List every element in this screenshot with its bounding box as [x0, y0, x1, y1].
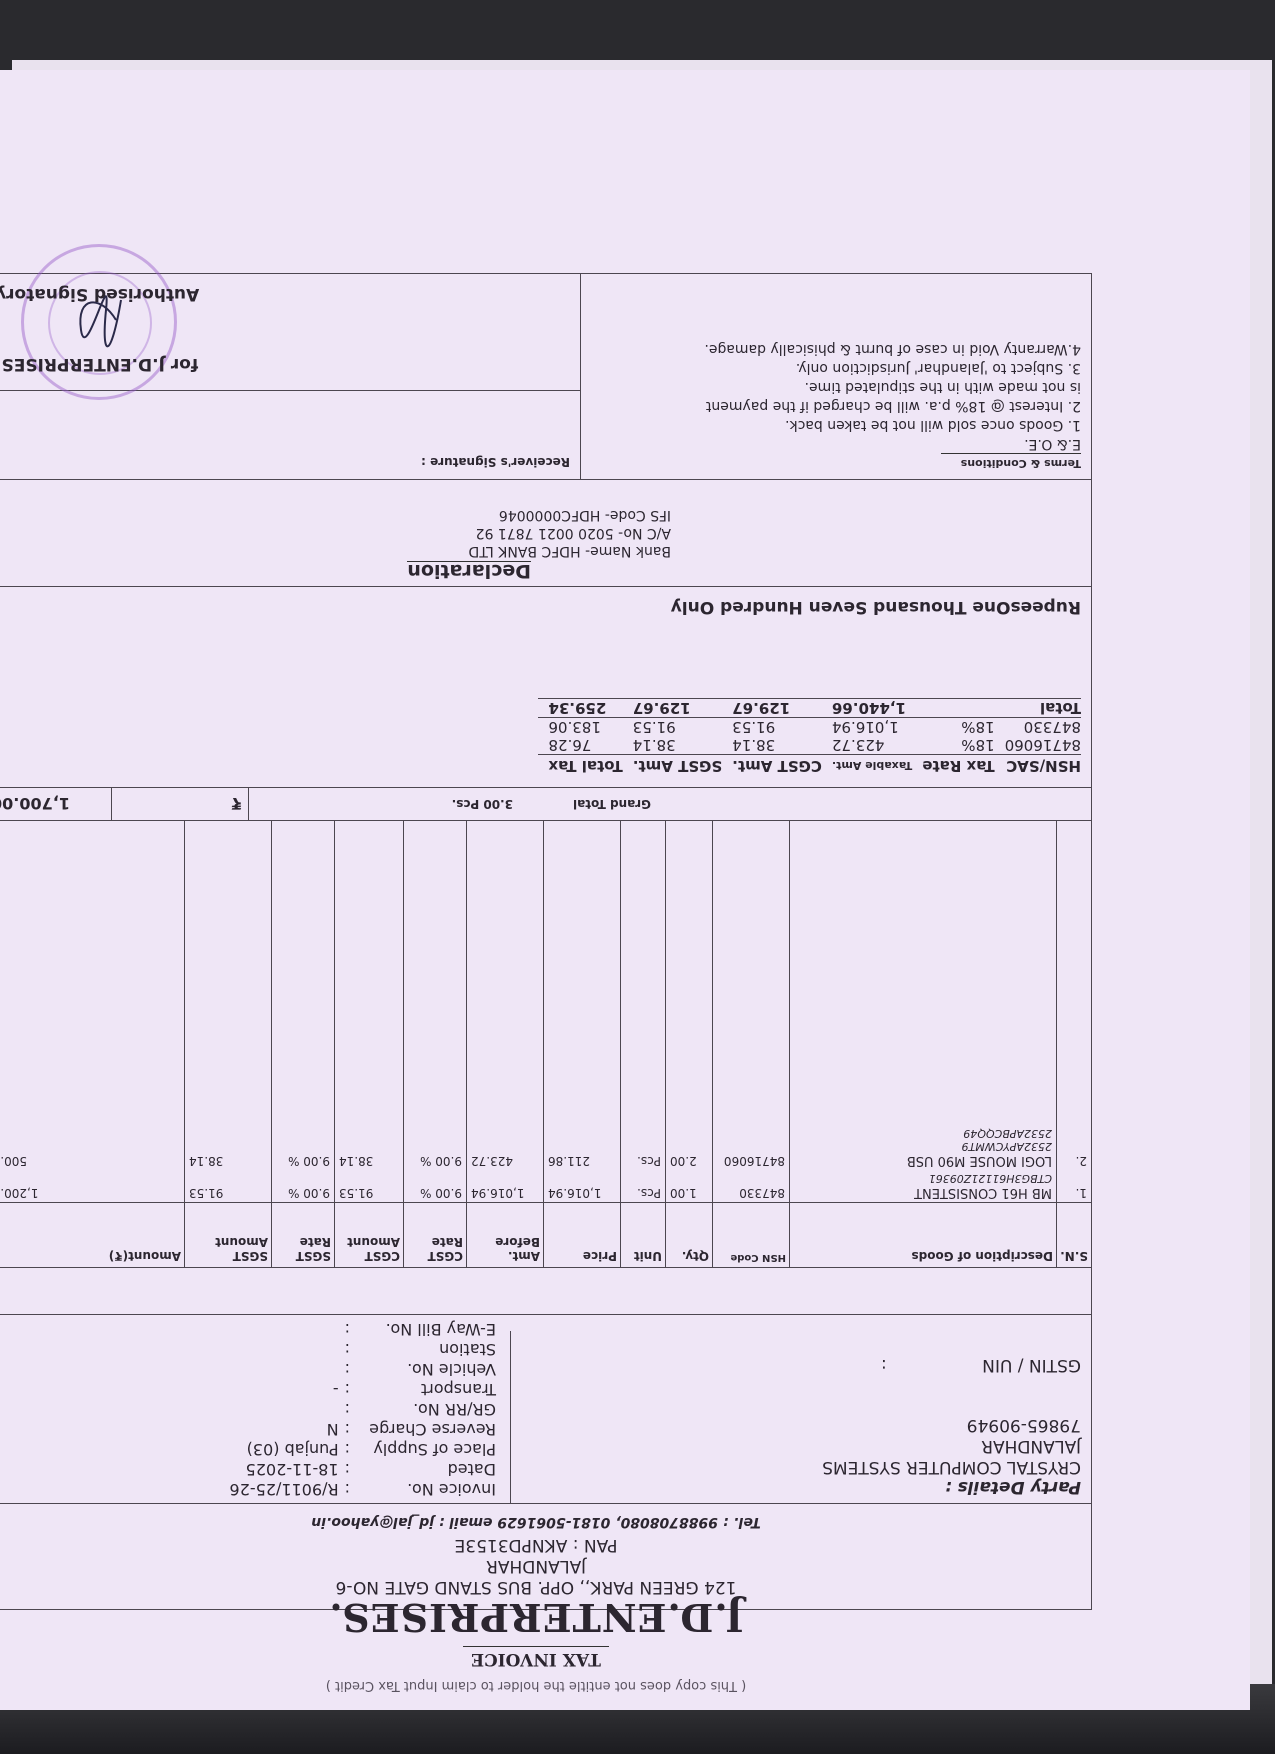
meta-row: Place of Supply : Punjab (03) [224, 1439, 497, 1459]
meta-row: Reverse Charge : N [224, 1419, 497, 1439]
party-meta-row: Party Details : CRYSTAL COMPUTER SYSTEMS… [0, 1315, 1091, 1504]
serial-number: CTBG3H61121Z09361 [794, 1172, 1052, 1185]
seller-contact: Tel. : 9988708080, 0181-5061629 email : … [0, 1504, 1091, 1534]
meta-sep: : [339, 1399, 350, 1419]
col-amount: Amount(₹) [0, 1203, 185, 1268]
cell-hsn: 84716060 [713, 1125, 790, 1170]
copy-note: ( This copy does not entitle the holder … [0, 1678, 1091, 1693]
tax-summary-total-row: Total 1,440.66 129.67 129.67 259.34 [538, 699, 1081, 718]
signature-block: Receiver's Signature : for J.D.ENTERPRIS… [0, 274, 580, 479]
col-amt-before: Amt. Before [467, 1203, 544, 1268]
tax-summary-row: 8471606018% 423.7238.14 38.1476.28 [538, 736, 1081, 755]
meta-value [224, 1399, 339, 1419]
col-sgst-amount: SGST Amount [185, 1203, 272, 1268]
receiver-signature: Receiver's Signature : [0, 390, 580, 479]
terms-line: E.& O.E. [591, 434, 1081, 453]
meta-sep: : [339, 1359, 350, 1379]
cell-qty: 1.00 [666, 1170, 713, 1203]
cell-cgst-rate: 9.00 % [404, 1125, 467, 1170]
seller-address-line1: 124 GREEN PARK,, OPP. BUS STAND GATE NO-… [0, 1576, 1091, 1597]
cell-unit: Pcs. [621, 1170, 666, 1203]
meta-sep: : [339, 1419, 350, 1439]
meta-sep: : [339, 1339, 350, 1359]
bank-name: Bank Name- HDFC BANK LTD [0, 542, 671, 560]
terms-conditions: Terms & Conditions E.& O.E.1. Goods once… [580, 274, 1091, 479]
party-city: JALANDHAR [521, 1435, 1081, 1456]
col-price: Price [544, 1203, 621, 1268]
cell-amount: 500.00 [0, 1125, 185, 1170]
seller-pan: PAN : AKNPD3153E [0, 1534, 1091, 1555]
party-gstin: GSTIN / UIN : [881, 1355, 1081, 1375]
cell-unit: Pcs. [621, 1125, 666, 1170]
meta-sep: : [339, 1319, 350, 1339]
cell-price: 1,016.94 [544, 1170, 621, 1203]
col-description: Description of Goods [790, 1203, 1057, 1268]
items-body: 1. MB H61 CONSISTENTCTBG3H61121Z09361 84… [0, 821, 1091, 1203]
authorised-signatory: Authorised Signatory [0, 284, 199, 304]
items-header-row: S.N. Description of Goods HSN Code Qty. … [0, 1203, 1091, 1268]
declaration-section: Declaration Bank Name- HDFC BANK LTD A/C… [0, 479, 1091, 586]
party-label: Party Details : [521, 1477, 1081, 1497]
meta-label: Station [350, 1339, 496, 1359]
invoice-meta: Invoice No. : R/9011/25-26Dated : 18-11-… [210, 1315, 511, 1503]
meta-label: Transport [350, 1379, 496, 1399]
meta-sep: : [339, 1439, 350, 1459]
terms-lines: E.& O.E.1. Goods once sold will not be t… [591, 339, 1081, 453]
terms-heading: Terms & Conditions [941, 453, 1081, 473]
items-table: S.N. Description of Goods HSN Code Qty. … [0, 821, 1091, 1268]
table-row: 1. MB H61 CONSISTENTCTBG3H61121Z09361 84… [0, 1170, 1091, 1203]
invoice-frame: ( This copy does not entitle the holder … [0, 273, 1092, 1610]
col-sn: S.N. [1057, 1203, 1092, 1268]
col-hsn: HSN Code [713, 1203, 790, 1268]
cell-qty: 2.00 [666, 1125, 713, 1170]
grand-total-label: Grand Total [573, 797, 651, 811]
meta-value [224, 1359, 339, 1379]
meta-label: Place of Supply [350, 1439, 496, 1459]
party-phone: 79865-90949 [521, 1414, 1081, 1435]
col-unit: Unit [621, 1203, 666, 1268]
spacer-row [0, 1268, 1091, 1315]
cell-hsn: 847330 [713, 1170, 790, 1203]
terms-line: 2. Interest @ 18% p.a. will be charged i… [591, 396, 1081, 415]
tax-summary-row: 84733018% 1,016.9491.53 91.53183.06 [538, 718, 1081, 737]
invoice-title: TAX INVOICE [0, 1649, 1091, 1669]
seller-address-line2: JALANDHAR [0, 1555, 1091, 1576]
meta-row: Transport : - [224, 1379, 497, 1399]
grand-total-amount: 1,700.00 [0, 788, 112, 820]
col-qty: Qty. [666, 1203, 713, 1268]
meta-label: GR/RR No. [350, 1399, 496, 1419]
footer-row: Terms & Conditions E.& O.E.1. Goods once… [0, 274, 1091, 479]
meta-row: Station : [224, 1339, 497, 1359]
meta-label: E-Way Bill No. [350, 1319, 496, 1339]
meta-value: - [224, 1379, 339, 1399]
party-details: Party Details : CRYSTAL COMPUTER SYSTEMS… [510, 1331, 1091, 1503]
table-row: 2. LOGI MOUSE M90 USB2532APYCWMT92532APB… [0, 1125, 1091, 1170]
seller-name: J.D.ENTERPRISES. [0, 1597, 1091, 1637]
cell-amt-before: 423.72 [467, 1125, 544, 1170]
terms-line: is not made with in the stipulated time. [591, 377, 1081, 396]
meta-sep: : [339, 1479, 350, 1499]
col-cgst-rate: CGST Rate [404, 1203, 467, 1268]
cell-description: LOGI MOUSE M90 USB2532APYCWMT92532APBCQQ… [790, 1125, 1057, 1170]
cell-sn: 1. [1057, 1170, 1092, 1203]
col-cgst-amount: CGST Amount [335, 1203, 404, 1268]
cell-amt-before: 1,016.94 [467, 1170, 544, 1203]
tax-summary-section: HSN/SAC Tax Rate Taxable Amt. CGST Amt. … [0, 586, 1091, 787]
grand-total-qty: 3.00 Pcs. [452, 797, 513, 811]
meta-value [224, 1339, 339, 1359]
grand-total-row: Grand Total 3.00 Pcs. ₹ 1,700.00 [0, 787, 1091, 821]
serial-number: 2532APBCQQ49 [794, 1127, 1052, 1140]
bank-ifsc: IFS Code- HDFC0000046 [0, 506, 671, 524]
for-company: for J.D.ENTERPRISES. [0, 354, 198, 374]
invoice-meta-table: Invoice No. : R/9011/25-26Dated : 18-11-… [224, 1319, 497, 1499]
rupee-icon: ₹ [112, 788, 249, 820]
cell-sgst-amount: 38.14 [185, 1125, 272, 1170]
cell-cgst-rate: 9.00 % [404, 1170, 467, 1203]
col-sgst-rate: SGST Rate [272, 1203, 335, 1268]
terms-line: 4.Warranty Void in case of burnt & phisi… [591, 339, 1081, 358]
table-filler-row [0, 821, 1091, 1125]
meta-label: Invoice No. [350, 1479, 496, 1499]
cell-cgst-amount: 91.53 [335, 1170, 404, 1203]
meta-value: 18-11-2025 [224, 1459, 339, 1479]
meta-value: N [224, 1419, 339, 1439]
meta-row: GR/RR No. : [224, 1399, 497, 1419]
cell-amount: 1,200.00 [0, 1170, 185, 1203]
seller-header: J.D.ENTERPRISES. 124 GREEN PARK,, OPP. B… [0, 1504, 1091, 1637]
meta-label: Dated [350, 1459, 496, 1479]
authorised-signature-area: for J.D.ENTERPRISES. Authorised Signator… [0, 274, 580, 390]
meta-sep: : [339, 1459, 350, 1479]
meta-value: R/9011/25-26 [224, 1479, 339, 1499]
amount-in-words: RupeesOne Thousand Seven Hundred Only [671, 597, 1081, 617]
terms-line: 3. Subject to 'Jalandhar' Jurisdiction o… [591, 358, 1081, 377]
cell-cgst-amount: 38.14 [335, 1125, 404, 1170]
cell-sgst-rate: 9.00 % [272, 1170, 335, 1203]
meta-row: Vehicle No. : [224, 1359, 497, 1379]
meta-label: Reverse Charge [350, 1419, 496, 1439]
cell-sn: 2. [1057, 1125, 1092, 1170]
meta-row: Dated : 18-11-2025 [224, 1459, 497, 1479]
meta-value [224, 1319, 339, 1339]
tax-summary-body: 8471606018% 423.7238.14 38.1476.28847330… [538, 699, 1081, 755]
terms-line: 1. Goods once sold will not be taken bac… [591, 415, 1081, 434]
tax-summary-header: HSN/SAC Tax Rate Taxable Amt. CGST Amt. … [538, 755, 1081, 778]
cell-sgst-rate: 9.00 % [272, 1125, 335, 1170]
invoice-sheet: ( This copy does not entitle the holder … [0, 70, 1250, 1710]
meta-row: Invoice No. : R/9011/25-26 [224, 1479, 497, 1499]
meta-value: Punjab (03) [224, 1439, 339, 1459]
cell-sgst-amount: 91.53 [185, 1170, 272, 1203]
meta-sep: : [339, 1379, 350, 1399]
party-name: CRYSTAL COMPUTER SYSTEMS [521, 1456, 1081, 1477]
cell-price: 211.86 [544, 1125, 621, 1170]
declaration-heading: Declaration [407, 561, 531, 580]
serial-number: 2532APYCWMT9 [794, 1140, 1052, 1153]
bank-account: A/C No- 5020 0021 7871 92 [0, 524, 671, 542]
tax-summary-table: HSN/SAC Tax Rate Taxable Amt. CGST Amt. … [538, 698, 1081, 777]
meta-row: E-Way Bill No. : [224, 1319, 497, 1339]
meta-label: Vehicle No. [350, 1359, 496, 1379]
cell-description: MB H61 CONSISTENTCTBG3H61121Z09361 [790, 1170, 1057, 1203]
